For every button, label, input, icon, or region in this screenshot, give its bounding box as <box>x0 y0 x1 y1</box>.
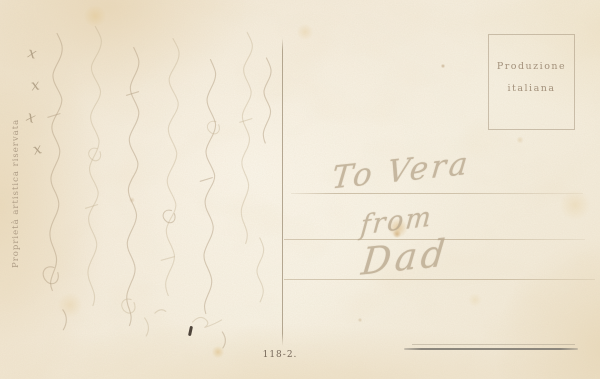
address-line-3 <box>284 279 595 280</box>
card-number: 118-2. <box>256 350 304 360</box>
scribble-line-group-dark <box>41 33 272 349</box>
bottom-rule <box>404 348 578 350</box>
stamp-box: Produzione italiana <box>488 34 575 130</box>
postcard-back: x x x x Proprietà artistica riservata Pr… <box>0 0 600 379</box>
bottom-rule-echo <box>412 344 575 345</box>
center-divider-line <box>282 38 283 346</box>
stamp-box-text-line2: italiana <box>489 83 574 94</box>
stamp-box-text-line1: Produzione <box>489 61 574 72</box>
scribble-line-group-light <box>82 26 270 339</box>
publisher-credit: Proprietà artistica riservata <box>11 119 21 268</box>
